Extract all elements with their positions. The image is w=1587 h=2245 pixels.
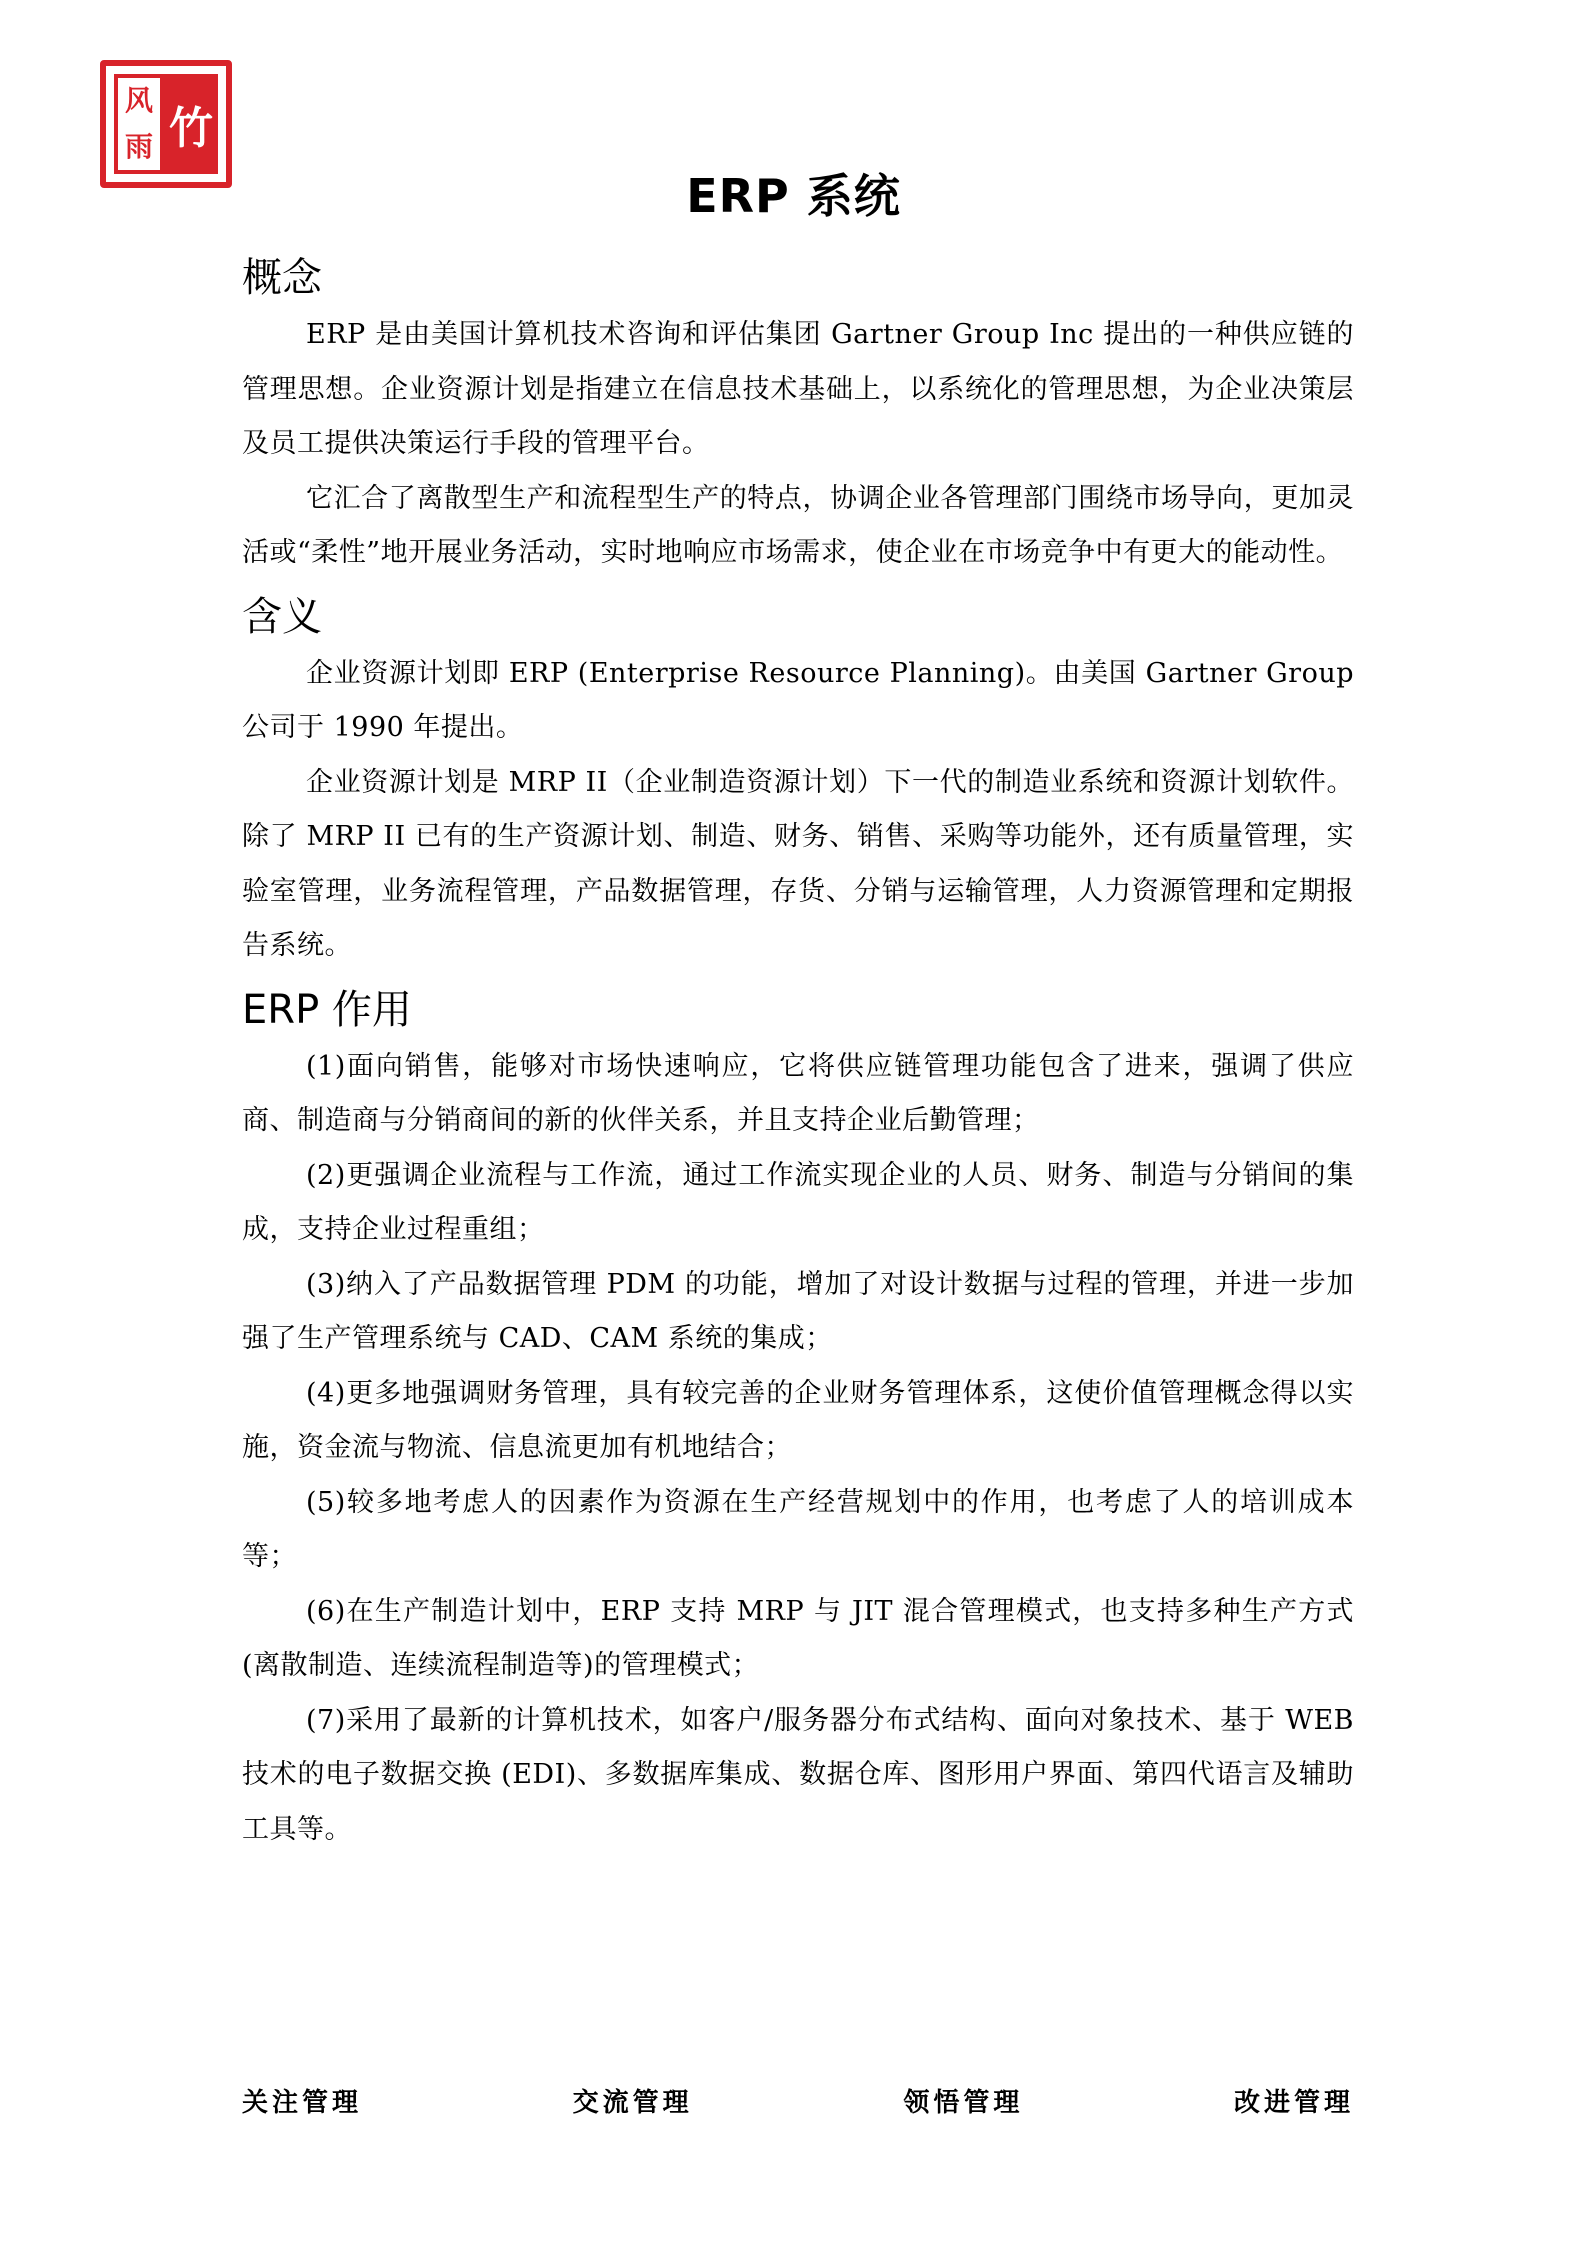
seal-left-panel: 风 雨 [114, 74, 164, 174]
footer-slogan: 关注管理 [242, 2082, 362, 2119]
paragraph: 企业资源计划是 MRP II（企业制造资源计划）下一代的制造业系统和资源计划软件… [242, 756, 1354, 974]
footer-slogan: 领悟管理 [903, 2082, 1023, 2119]
list-item: (7)采用了最新的计算机技术，如客户/服务器分布式结构、面向对象技术、基于 WE… [242, 1694, 1354, 1858]
seal-char: 雨 [125, 133, 153, 161]
list-item: (4)更多地强调财务管理，具有较完善的企业财务管理体系，这使价值管理概念得以实施… [242, 1367, 1354, 1476]
section-meaning: 含义 企业资源计划即 ERP (Enterprise Resource Plan… [242, 587, 1354, 974]
footer-slogans: 关注管理 交流管理 领悟管理 改进管理 [242, 2082, 1354, 2119]
seal-right-panel: 竹 [164, 74, 218, 174]
list-item: (6)在生产制造计划中，ERP 支持 MRP 与 JIT 混合管理模式，也支持多… [242, 1585, 1354, 1694]
list-item: (2)更强调企业流程与工作流，通过工作流实现企业的人员、财务、制造与分销间的集成… [242, 1149, 1354, 1258]
seal-char: 竹 [169, 92, 213, 156]
list-item: (1)面向销售，能够对市场快速响应，它将供应链管理功能包含了进来，强调了供应商、… [242, 1040, 1354, 1149]
section-heading: 概念 [242, 248, 1354, 308]
list-item: (5)较多地考虑人的因素作为资源在生产经营规划中的作用，也考虑了人的培训成本等； [242, 1476, 1354, 1585]
footer-slogan: 改进管理 [1234, 2082, 1354, 2119]
paragraph: 它汇合了离散型生产和流程型生产的特点，协调企业各管理部门围绕市场导向，更加灵活或… [242, 472, 1354, 581]
section-heading: ERP 作用 [242, 980, 1354, 1040]
footer-slogan: 交流管理 [573, 2082, 693, 2119]
document-title: ERP 系统 [0, 160, 1587, 226]
document-body: 概念 ERP 是由美国计算机技术咨询和评估集团 Gartner Group In… [242, 248, 1354, 1863]
seal-char: 风 [125, 87, 153, 115]
section-heading: 含义 [242, 587, 1354, 647]
paragraph: 企业资源计划即 ERP (Enterprise Resource Plannin… [242, 647, 1354, 756]
paragraph: ERP 是由美国计算机技术咨询和评估集团 Gartner Group Inc 提… [242, 308, 1354, 472]
section-concept: 概念 ERP 是由美国计算机技术咨询和评估集团 Gartner Group In… [242, 248, 1354, 581]
list-item: (3)纳入了产品数据管理 PDM 的功能，增加了对设计数据与过程的管理，并进一步… [242, 1258, 1354, 1367]
section-functions: ERP 作用 (1)面向销售，能够对市场快速响应，它将供应链管理功能包含了进来，… [242, 980, 1354, 1858]
